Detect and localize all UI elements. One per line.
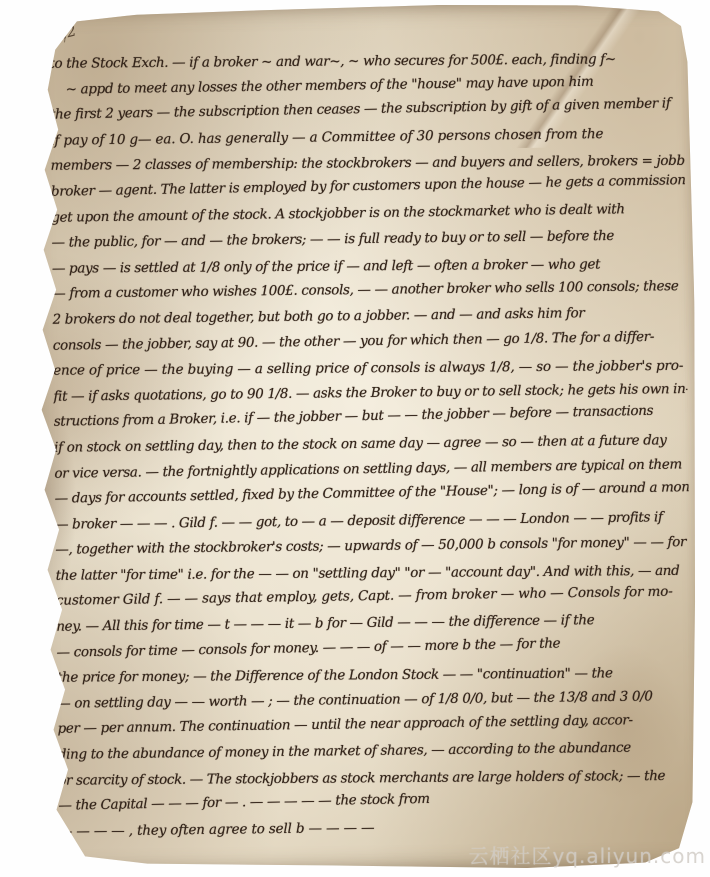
- page-number: 42: [55, 21, 78, 43]
- manuscript-page: 42 to the Stock Exch. — if a broker ~ an…: [17, 2, 704, 874]
- handwriting-line: — pays — is settled at 1/8 only of the p…: [52, 252, 686, 283]
- handwriting-line: the price for money; — the Difference of…: [57, 661, 691, 692]
- scanned-document: 42 to the Stock Exch. — if a broker ~ an…: [0, 0, 710, 877]
- handwriting-block: to the Stock Exch. — if a broker ~ and w…: [49, 44, 693, 845]
- handwriting-line: ence of price — the buying — a selling p…: [53, 354, 687, 385]
